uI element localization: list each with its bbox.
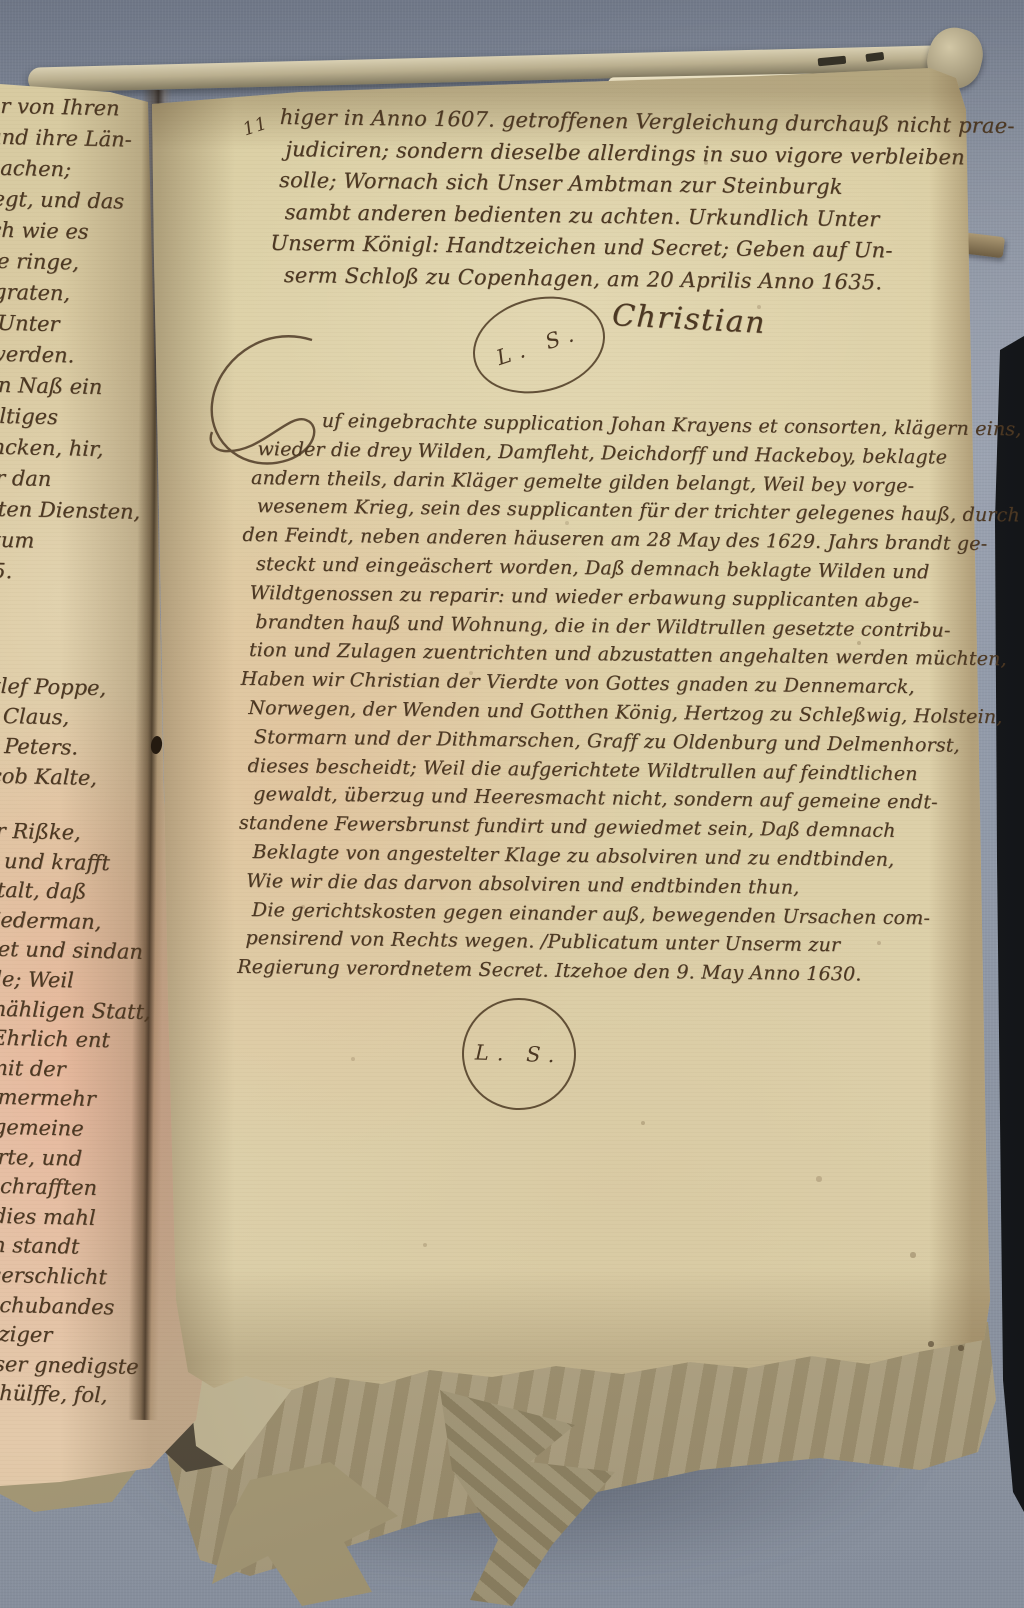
- text-line: — Actum: [0, 524, 150, 559]
- spine-ink-mark: [818, 56, 847, 67]
- text-line: gen werden.: [0, 338, 154, 373]
- text-line: 1635.: [0, 555, 149, 590]
- text-line: loren Naß ein: [0, 369, 153, 404]
- text-line: nimmermehr: [0, 1082, 155, 1116]
- text-line: in den standt: [0, 1230, 151, 1264]
- text-line: gleich wie es: [0, 214, 157, 249]
- text-line: Jacob Kalte,: [0, 760, 153, 794]
- text-line: gen itziger: [0, 1319, 150, 1353]
- text-line: n solle; Weil: [0, 964, 157, 998]
- seal-label: L. S.: [494, 320, 585, 370]
- text-line: rey Schubandes: [0, 1289, 150, 1323]
- text-line: Zu machen;: [0, 152, 158, 187]
- text-line: forderte, und: [0, 1141, 153, 1175]
- text-line: für dies mahl: [0, 1201, 152, 1235]
- text-line: d Unser gnedigste: [0, 1348, 149, 1382]
- spine-ink-mark: [865, 52, 884, 62]
- text-line: ag Ehrlich ent: [0, 1023, 156, 1057]
- text-line: nothhülffe, fol,: [0, 1378, 148, 1412]
- seal-label: L. S.: [475, 1040, 563, 1067]
- left-page-text-middle: Detlef Poppe,en Claus,wort, Peters.Jacob…: [0, 670, 155, 794]
- paper-speckles: [0, 0, 2, 2]
- text-line: Detlef Poppe,: [0, 670, 155, 704]
- text-line: mit und krafft: [0, 846, 160, 880]
- text-line: ngestalt, daß: [0, 875, 159, 909]
- text-line: schmähligen Statt,: [0, 993, 156, 1027]
- text-line: n, und ihre Län-: [0, 121, 159, 156]
- text-line: gelegt, und das: [0, 183, 157, 218]
- text-line: bedencken, hir,: [0, 431, 152, 466]
- text-line: wort, Peters.: [0, 730, 154, 764]
- text-line: achtet und sindan: [0, 934, 158, 968]
- text-line: Margraten,: [0, 276, 155, 311]
- text-line: Lande ringe,: [0, 245, 156, 280]
- text-line: Mehr von Ihren: [0, 90, 159, 125]
- right-page-paragraph-2: uf eingebrachte supplication Johan Kraye…: [245, 406, 952, 990]
- text-line: n wyr dan: [0, 462, 151, 497]
- right-page-paragraph-1: higer in Anno 1607. getroffenen Vergleic…: [278, 102, 956, 299]
- text-line: mb Unter: [0, 307, 155, 342]
- text-line: ie algemeine: [0, 1112, 154, 1146]
- manuscript-photo: Mehr von Ihrenn, und ihre Län-Zu machen;…: [0, 0, 1024, 1608]
- text-line: s ver Rißke,: [0, 816, 160, 850]
- text-line: en Claus,: [0, 700, 155, 734]
- text-line: einfaltiges: [0, 400, 153, 435]
- text-line: digsten Diensten,: [0, 493, 151, 528]
- text-line: ene mit der: [0, 1052, 155, 1086]
- left-page-text-lower: s ver Rißke,mit und krafftngestalt, daßo…: [0, 816, 160, 1412]
- left-page-text-upper: Mehr von Ihrenn, und ihre Län-Zu machen;…: [0, 90, 159, 590]
- text-line: on jederman,: [0, 905, 158, 939]
- text-line: nasserschlicht: [0, 1260, 151, 1294]
- text-line: reinschrafften: [0, 1171, 153, 1205]
